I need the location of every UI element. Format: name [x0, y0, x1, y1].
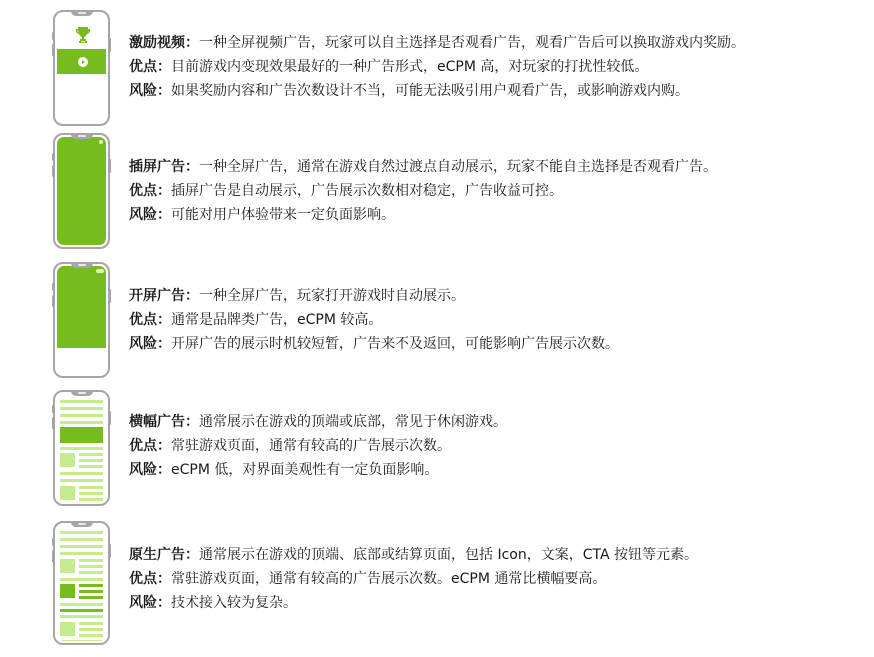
phone-screen — [57, 525, 106, 641]
ad-title: 开屏广告： — [129, 288, 199, 304]
ad-title-line: 激励视频：一种全屏视频广告，玩家可以自主选择是否观看广告，观看广告后可以换取游戏… — [129, 31, 745, 55]
pros-label: 优点： — [129, 183, 171, 199]
ad-risk-line: 风险：可能对用户体验带来一定负面影响。 — [129, 203, 717, 227]
ad-title-line: 开屏广告：一种全屏广告，玩家打开游戏时自动展示。 — [129, 284, 619, 308]
pros-text: 常驻游戏页面，通常有较高的广告展示次数。eCPM 通常比横幅要高。 — [171, 571, 606, 587]
ad-description: 横幅广告：通常展示在游戏的顶端或底部，常见于休闲游戏。 优点：常驻游戏页面，通常… — [129, 410, 507, 482]
content-line — [60, 414, 103, 417]
risk-text: 可能对用户体验带来一定负面影响。 — [171, 207, 395, 223]
content-line — [79, 628, 103, 631]
pros-text: 插屏广告是自动展示，广告展示次数相对稳定，广告收益可控。 — [171, 183, 563, 199]
ad-desc: 一种全屏视频广告，玩家可以自主选择是否观看广告，观看广告后可以换取游戏内奖励。 — [199, 35, 745, 51]
content-line — [79, 492, 103, 495]
ad-description: 开屏广告：一种全屏广告，玩家打开游戏时自动展示。 优点：通常是品牌类广告，eCP… — [129, 284, 619, 356]
ad-title-line: 横幅广告：通常展示在游戏的顶端或底部，常见于休闲游戏。 — [129, 410, 507, 434]
ad-desc: 通常展示在游戏的顶端、底部或结算页面，包括 Icon，文案，CTA 按钮等元素。 — [199, 547, 698, 563]
rewarded-video-phone-icon — [53, 10, 110, 126]
risk-text: 开屏广告的展示时机较短暂，广告来不及返回，可能影响广告展示次数。 — [171, 336, 619, 352]
content-line — [60, 421, 103, 424]
ad-desc: 一种全屏广告，通常在游戏自然过渡点自动展示，玩家不能自主选择是否观看广告。 — [199, 159, 717, 175]
content-thumbnail — [60, 486, 75, 500]
content-line — [60, 472, 103, 475]
pros-label: 优点： — [129, 59, 171, 75]
content-line — [79, 453, 103, 456]
native-phone-icon — [53, 521, 110, 645]
risk-text: eCPM 低，对界面美观性有一定负面影响。 — [171, 462, 438, 478]
content-line — [79, 571, 103, 574]
phone-screen — [57, 266, 106, 374]
content-line — [79, 498, 103, 501]
splash-ad-area — [57, 266, 106, 348]
ad-title: 横幅广告： — [129, 414, 199, 430]
pros-text: 常驻游戏页面，通常有较高的广告展示次数。 — [171, 438, 451, 454]
risk-label: 风险： — [129, 595, 171, 611]
pros-text: 通常是品牌类广告，eCPM 较高。 — [171, 312, 382, 328]
phone-screen — [57, 14, 106, 122]
content-line — [79, 465, 103, 468]
risk-text: 技术接入较为复杂。 — [171, 595, 297, 611]
content-line — [60, 545, 103, 548]
pros-text: 目前游戏内变现效果最好的一种广告形式，eCPM 高，对玩家的打扰性较低。 — [171, 59, 648, 75]
phone-notch — [71, 391, 93, 396]
content-line — [60, 603, 103, 606]
ad-desc: 通常展示在游戏的顶端或底部，常见于休闲游戏。 — [199, 414, 507, 430]
content-line — [60, 447, 103, 450]
native-ad-line[interactable] — [79, 596, 103, 599]
content-line — [79, 486, 103, 489]
play-icon[interactable] — [78, 57, 88, 67]
native-ad-line[interactable] — [79, 584, 103, 587]
phone-notch — [71, 263, 93, 268]
pros-label: 优点： — [129, 571, 171, 587]
content-line — [60, 552, 103, 555]
content-line — [79, 459, 103, 462]
close-icon[interactable] — [99, 140, 103, 144]
risk-label: 风险： — [129, 462, 171, 478]
skip-button-icon[interactable] — [96, 269, 104, 273]
risk-label: 风险： — [129, 336, 171, 352]
phone-notch — [71, 522, 93, 527]
content-thumbnail — [60, 559, 75, 573]
content-line — [79, 634, 103, 637]
banner-ad[interactable] — [60, 427, 103, 443]
trophy-icon — [76, 26, 90, 44]
content-line — [79, 622, 103, 625]
ad-risk-line: 风险：eCPM 低，对界面美观性有一定负面影响。 — [129, 458, 507, 482]
native-ad-line[interactable] — [79, 590, 103, 593]
content-line — [60, 479, 103, 482]
content-line — [60, 531, 103, 534]
content-line — [79, 565, 103, 568]
phone-screen — [57, 394, 106, 502]
ad-desc: 一种全屏广告，玩家打开游戏时自动展示。 — [199, 288, 465, 304]
content-thumbnail — [60, 453, 75, 467]
ad-title-line: 原生广告：通常展示在游戏的顶端、底部或结算页面，包括 Icon，文案，CTA 按… — [129, 543, 698, 567]
content-line — [79, 559, 103, 562]
native-ad-line[interactable] — [60, 609, 103, 612]
ad-pros-line: 优点：通常是品牌类广告，eCPM 较高。 — [129, 308, 619, 332]
risk-label: 风险： — [129, 83, 171, 99]
risk-label: 风险： — [129, 207, 171, 223]
phone-notch — [71, 11, 93, 16]
content-line — [60, 538, 103, 541]
splash-phone-icon — [53, 262, 110, 378]
ad-title: 原生广告： — [129, 547, 199, 563]
ad-risk-line: 风险：开屏广告的展示时机较短暂，广告来不及返回，可能影响广告展示次数。 — [129, 332, 619, 356]
banner-phone-icon — [53, 390, 110, 506]
ad-description: 激励视频：一种全屏视频广告，玩家可以自主选择是否观看广告，观看广告后可以换取游戏… — [129, 31, 745, 103]
ad-title: 插屏广告： — [129, 159, 199, 175]
phone-notch — [71, 134, 93, 139]
ad-title: 激励视频： — [129, 35, 199, 51]
ad-pros-line: 优点：插屏广告是自动展示，广告展示次数相对稳定，广告收益可控。 — [129, 179, 717, 203]
risk-text: 如果奖励内容和广告次数设计不当，可能无法吸引用户观看广告，或影响游戏内购。 — [171, 83, 689, 99]
pros-label: 优点： — [129, 312, 171, 328]
ad-pros-line: 优点：目前游戏内变现效果最好的一种广告形式，eCPM 高，对玩家的打扰性较低。 — [129, 55, 745, 79]
video-ad-banner — [57, 49, 106, 74]
phone-screen — [57, 137, 106, 245]
ad-description: 插屏广告：一种全屏广告，通常在游戏自然过渡点自动展示，玩家不能自主选择是否观看广… — [129, 155, 717, 227]
ad-pros-line: 优点：常驻游戏页面，通常有较高的广告展示次数。 — [129, 434, 507, 458]
ad-pros-line: 优点：常驻游戏页面，通常有较高的广告展示次数。eCPM 通常比横幅要高。 — [129, 567, 698, 591]
ad-description: 原生广告：通常展示在游戏的顶端、底部或结算页面，包括 Icon，文案，CTA 按… — [129, 543, 698, 615]
ad-risk-line: 风险：如果奖励内容和广告次数设计不当，可能无法吸引用户观看广告，或影响游戏内购。 — [129, 79, 745, 103]
ad-risk-line: 风险：技术接入较为复杂。 — [129, 591, 698, 615]
ad-title-line: 插屏广告：一种全屏广告，通常在游戏自然过渡点自动展示，玩家不能自主选择是否观看广… — [129, 155, 717, 179]
content-line — [60, 400, 103, 403]
content-line — [60, 578, 103, 581]
pros-label: 优点： — [129, 438, 171, 454]
interstitial-phone-icon — [53, 133, 110, 249]
native-ad-image[interactable] — [60, 584, 75, 598]
content-thumbnail — [60, 622, 75, 636]
content-line — [60, 407, 103, 410]
content-line — [60, 615, 103, 618]
content-line — [60, 640, 103, 641]
